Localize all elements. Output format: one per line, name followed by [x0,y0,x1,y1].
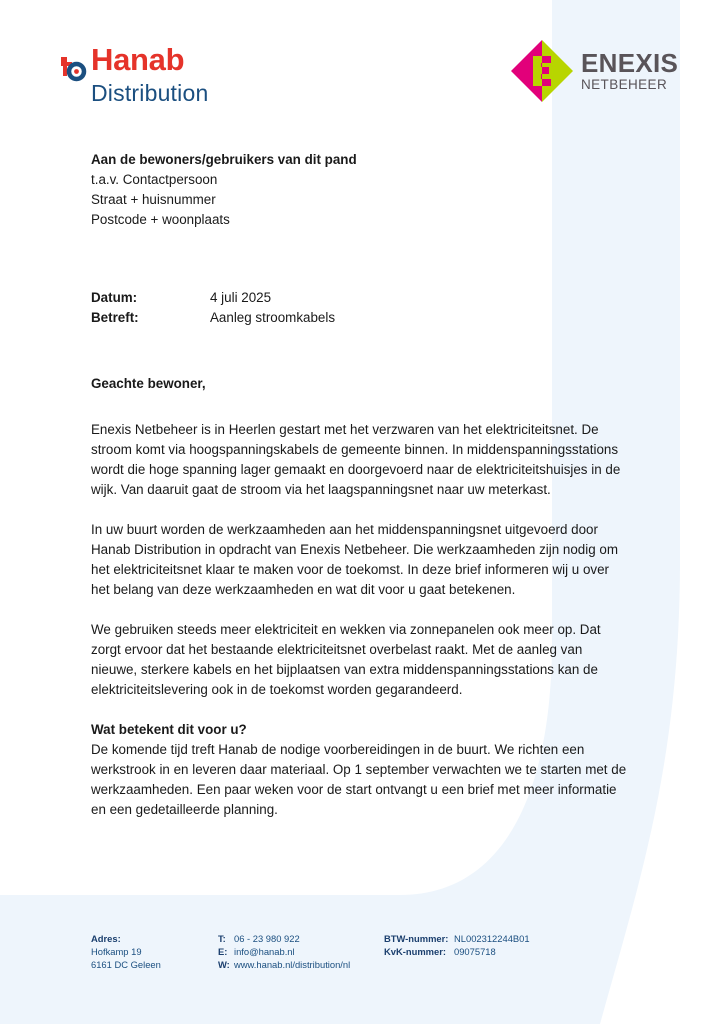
footer-contact: T: 06 - 23 980 922 E: info@hanab.nl W: w… [218,932,350,971]
coc-label: KvK-nummer: [384,945,454,958]
vat-value: NL002312244B01 [454,932,530,945]
address-street: Hofkamp 19 [91,945,161,958]
hanab-subtitle: Distribution [91,79,208,107]
email-label: E: [218,945,234,958]
salutation: Geachte bewoner, [91,374,206,394]
recipient-line: Straat + huisnummer [91,190,357,210]
footer-registration: BTW-nummer: NL002312244B01 KvK-nummer: 0… [384,932,530,958]
paragraph-line: We gebruiken steeds meer elektriciteit e… [91,620,651,640]
paragraph: We gebruiken steeds meer elektriciteit e… [91,620,651,700]
recipient-address: Aan de bewoners/gebruikers van dit pand … [91,150,357,230]
section-heading: Wat betekent dit voor u? [91,720,651,740]
web-label: W: [218,958,234,971]
phone-value[interactable]: 06 - 23 980 922 [234,932,300,945]
hanab-wordmark: Hanab [91,42,184,78]
date-row: Datum: 4 juli 2025 [91,288,335,308]
paragraph-line: werkstrook in en leveren daar materiaal.… [91,760,651,780]
paragraph-line: wijk. Van daaruit gaat de stroom via het… [91,480,651,500]
vat-row: BTW-nummer: NL002312244B01 [384,932,530,945]
paragraph-line: wordt die hoge spanning lager gemaakt en… [91,460,651,480]
email-link[interactable]: info@hanab.nl [234,945,295,958]
paragraph-line: Enexis Netbeheer is in Heerlen gestart m… [91,420,651,440]
subject-value: Aanleg stroomkabels [210,308,335,328]
letter-meta: Datum: 4 juli 2025 Betreft: Aanleg stroo… [91,288,335,328]
coc-value: 09075718 [454,945,496,958]
email-row: E: info@hanab.nl [218,945,350,958]
paragraph-line: het belang van deze werkzaamheden en wat… [91,580,651,600]
paragraph: In uw buurt worden de werkzaamheden aan … [91,520,651,600]
date-label: Datum: [91,288,210,308]
hanab-logo: Hanab Distribution [58,42,248,112]
phone-label: T: [218,932,234,945]
subject-row: Betreft: Aanleg stroomkabels [91,308,335,328]
enexis-logo: ENEXIS NETBEHEER [511,40,681,104]
vat-label: BTW-nummer: [384,932,454,945]
paragraph-line: het elektriciteitsnet klaar te maken voo… [91,560,651,580]
subject-label: Betreft: [91,308,210,328]
recipient-line: Postcode + woonplaats [91,210,357,230]
paragraph-line: In uw buurt worden de werkzaamheden aan … [91,520,651,540]
address-city: 6161 DC Geleen [91,958,161,971]
paragraph-line: zorgt ervoor dat het bestaande elektrici… [91,640,651,660]
paragraph-line: en een gedetailleerde planning. [91,800,651,820]
paragraph-line: stroom komt via hoogspanningskabels de g… [91,440,651,460]
paragraph: Wat betekent dit voor u? De komende tijd… [91,720,651,820]
coc-row: KvK-nummer: 09075718 [384,945,530,958]
recipient-line: Aan de bewoners/gebruikers van dit pand [91,150,357,170]
recipient-line: t.a.v. Contactpersoon [91,170,357,190]
paragraph: Enexis Netbeheer is in Heerlen gestart m… [91,420,651,500]
paragraph-line: De komende tijd treft Hanab de nodige vo… [91,740,651,760]
date-value: 4 juli 2025 [210,288,271,308]
paragraph-line: elektriciteitslevering ook in de toekoms… [91,680,651,700]
web-row: W: www.hanab.nl/distribution/nl [218,958,350,971]
phone-row: T: 06 - 23 980 922 [218,932,350,945]
paragraph-line: werkzaamheden. Een paar weken voor de st… [91,780,651,800]
paragraph-line: nieuwe, sterkere kabels en het bijplaats… [91,660,651,680]
hanab-mark-icon [58,52,88,82]
enexis-diamond-icon [511,40,573,102]
footer-address: Adres: Hofkamp 19 6161 DC Geleen [91,932,161,971]
address-label: Adres: [91,932,161,945]
web-link[interactable]: www.hanab.nl/distribution/nl [234,958,350,971]
paragraph-line: Hanab Distribution in opdracht van Enexi… [91,540,651,560]
enexis-wordmark: ENEXIS [581,48,678,78]
enexis-subtitle: NETBEHEER [581,77,667,93]
